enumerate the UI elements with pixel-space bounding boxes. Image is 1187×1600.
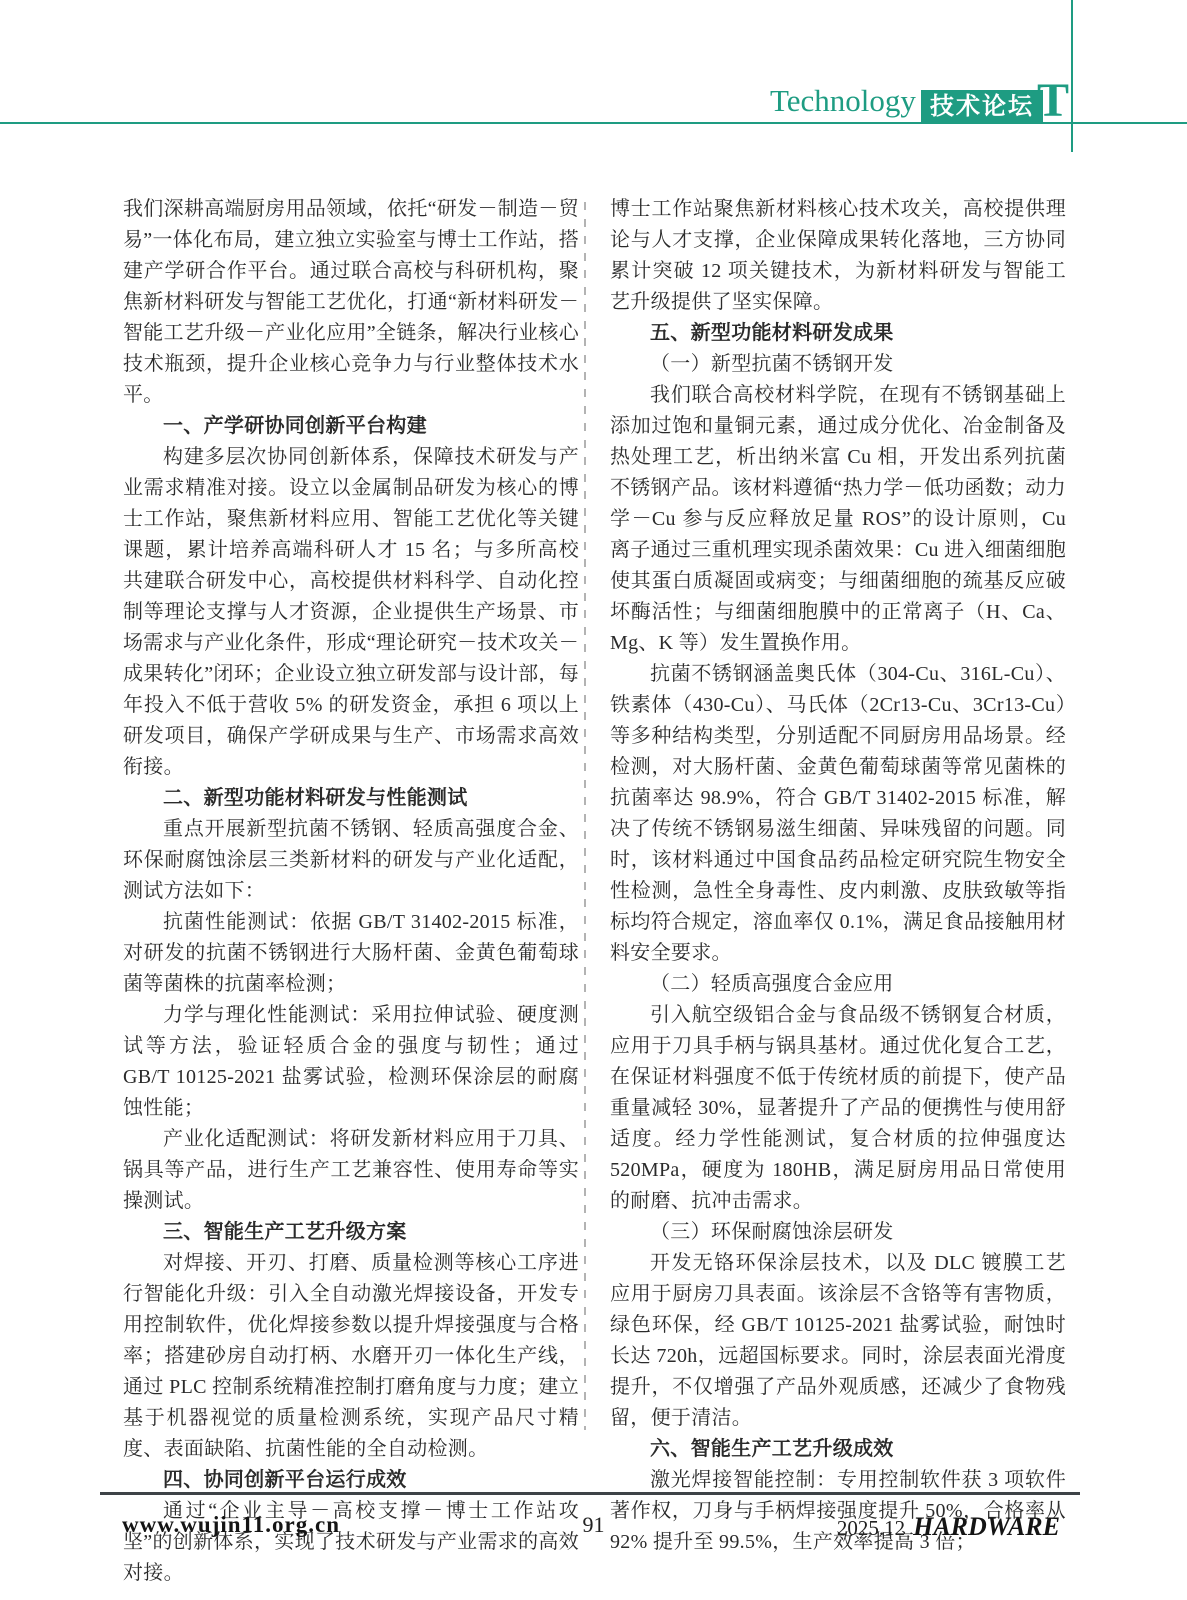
magazine-page: Technology 技术论坛 T 我们深耕高端厨房用品领域，依托“研发－制造－… (0, 0, 1187, 1600)
subsection-heading-3: （三）环保耐腐蚀涂层研发 (610, 1217, 1066, 1248)
left-column: 我们深耕高端厨房用品领域，依托“研发－制造－贸易”一体化布局，建立独立实验室与博… (123, 194, 579, 1589)
section-heading-2: 二、新型功能材料研发与性能测试 (123, 783, 579, 814)
paragraph: 博士工作站聚焦新材料核心技术攻关，高校提供理论与人才支撑，企业保障成果转化落地，… (610, 194, 1066, 318)
column-divider (584, 202, 586, 1430)
section-title-en: Technology (770, 84, 916, 118)
section-heading-5: 五、新型功能材料研发成果 (610, 318, 1066, 349)
magazine-name: HARDWARE (913, 1512, 1060, 1541)
paragraph: 引入航空级铝合金与食品级不锈钢复合材质，应用于刀具手柄与锅具基材。通过优化复合工… (610, 1000, 1066, 1217)
paragraph: 通过“企业主导－高校支撑－博士工作站攻坚”的创新体系，实现了技术研发与产业需求的… (123, 1496, 579, 1589)
paragraph: 力学与理化性能测试：采用拉伸试验、硬度测试等方法，验证轻质合金的强度与韧性；通过… (123, 1000, 579, 1124)
issue-date: 2025.12 (837, 1516, 905, 1540)
paragraph: 构建多层次协同创新体系，保障技术研发与产业需求精准对接。设立以金属制品研发为核心… (123, 442, 579, 783)
header-vertical-rule (1071, 0, 1073, 152)
subsection-heading-2: （二）轻质高强度合金应用 (610, 969, 1066, 1000)
paragraph: 抗菌不锈钢涵盖奥氏体（304-Cu、316L-Cu）、铁素体（430-Cu）、马… (610, 659, 1066, 969)
section-heading-3: 三、智能生产工艺升级方案 (123, 1217, 579, 1248)
paragraph: 重点开展新型抗菌不锈钢、轻质高强度合金、环保耐腐蚀涂层三类新材料的研发与产业化适… (123, 814, 579, 907)
footer-issue-magazine: 2025.12HARDWARE (837, 1512, 1060, 1542)
paragraph: 开发无铬环保涂层技术，以及 DLC 镀膜工艺应用于厨房刀具表面。该涂层不含铬等有… (610, 1248, 1066, 1434)
paragraph: 产业化适配测试：将研发新材料应用于刀具、锅具等产品，进行生产工艺兼容性、使用寿命… (123, 1124, 579, 1217)
section-initial-letter: T (1037, 77, 1069, 125)
right-column: 博士工作站聚焦新材料核心技术攻关，高校提供理论与人才支撑，企业保障成果转化落地，… (610, 194, 1066, 1558)
paragraph: 对焊接、开刃、打磨、质量检测等核心工序进行智能化升级：引入全自动激光焊接设备，开… (123, 1248, 579, 1465)
subsection-heading-1: （一）新型抗菌不锈钢开发 (610, 349, 1066, 380)
paragraph: 我们联合高校材料学院，在现有不锈钢基础上添加过饱和量铜元素，通过成分优化、冶金制… (610, 380, 1066, 659)
footer-rule-line (100, 1492, 1080, 1495)
section-badge-zh: 技术论坛 (921, 90, 1043, 123)
section-heading-1: 一、产学研协同创新平台构建 (123, 411, 579, 442)
section-heading-6: 六、智能生产工艺升级成效 (610, 1434, 1066, 1465)
paragraph: 我们深耕高端厨房用品领域，依托“研发－制造－贸易”一体化布局，建立独立实验室与博… (123, 194, 579, 411)
paragraph: 抗菌性能测试：依据 GB/T 31402-2015 标准，对研发的抗菌不锈钢进行… (123, 907, 579, 1000)
